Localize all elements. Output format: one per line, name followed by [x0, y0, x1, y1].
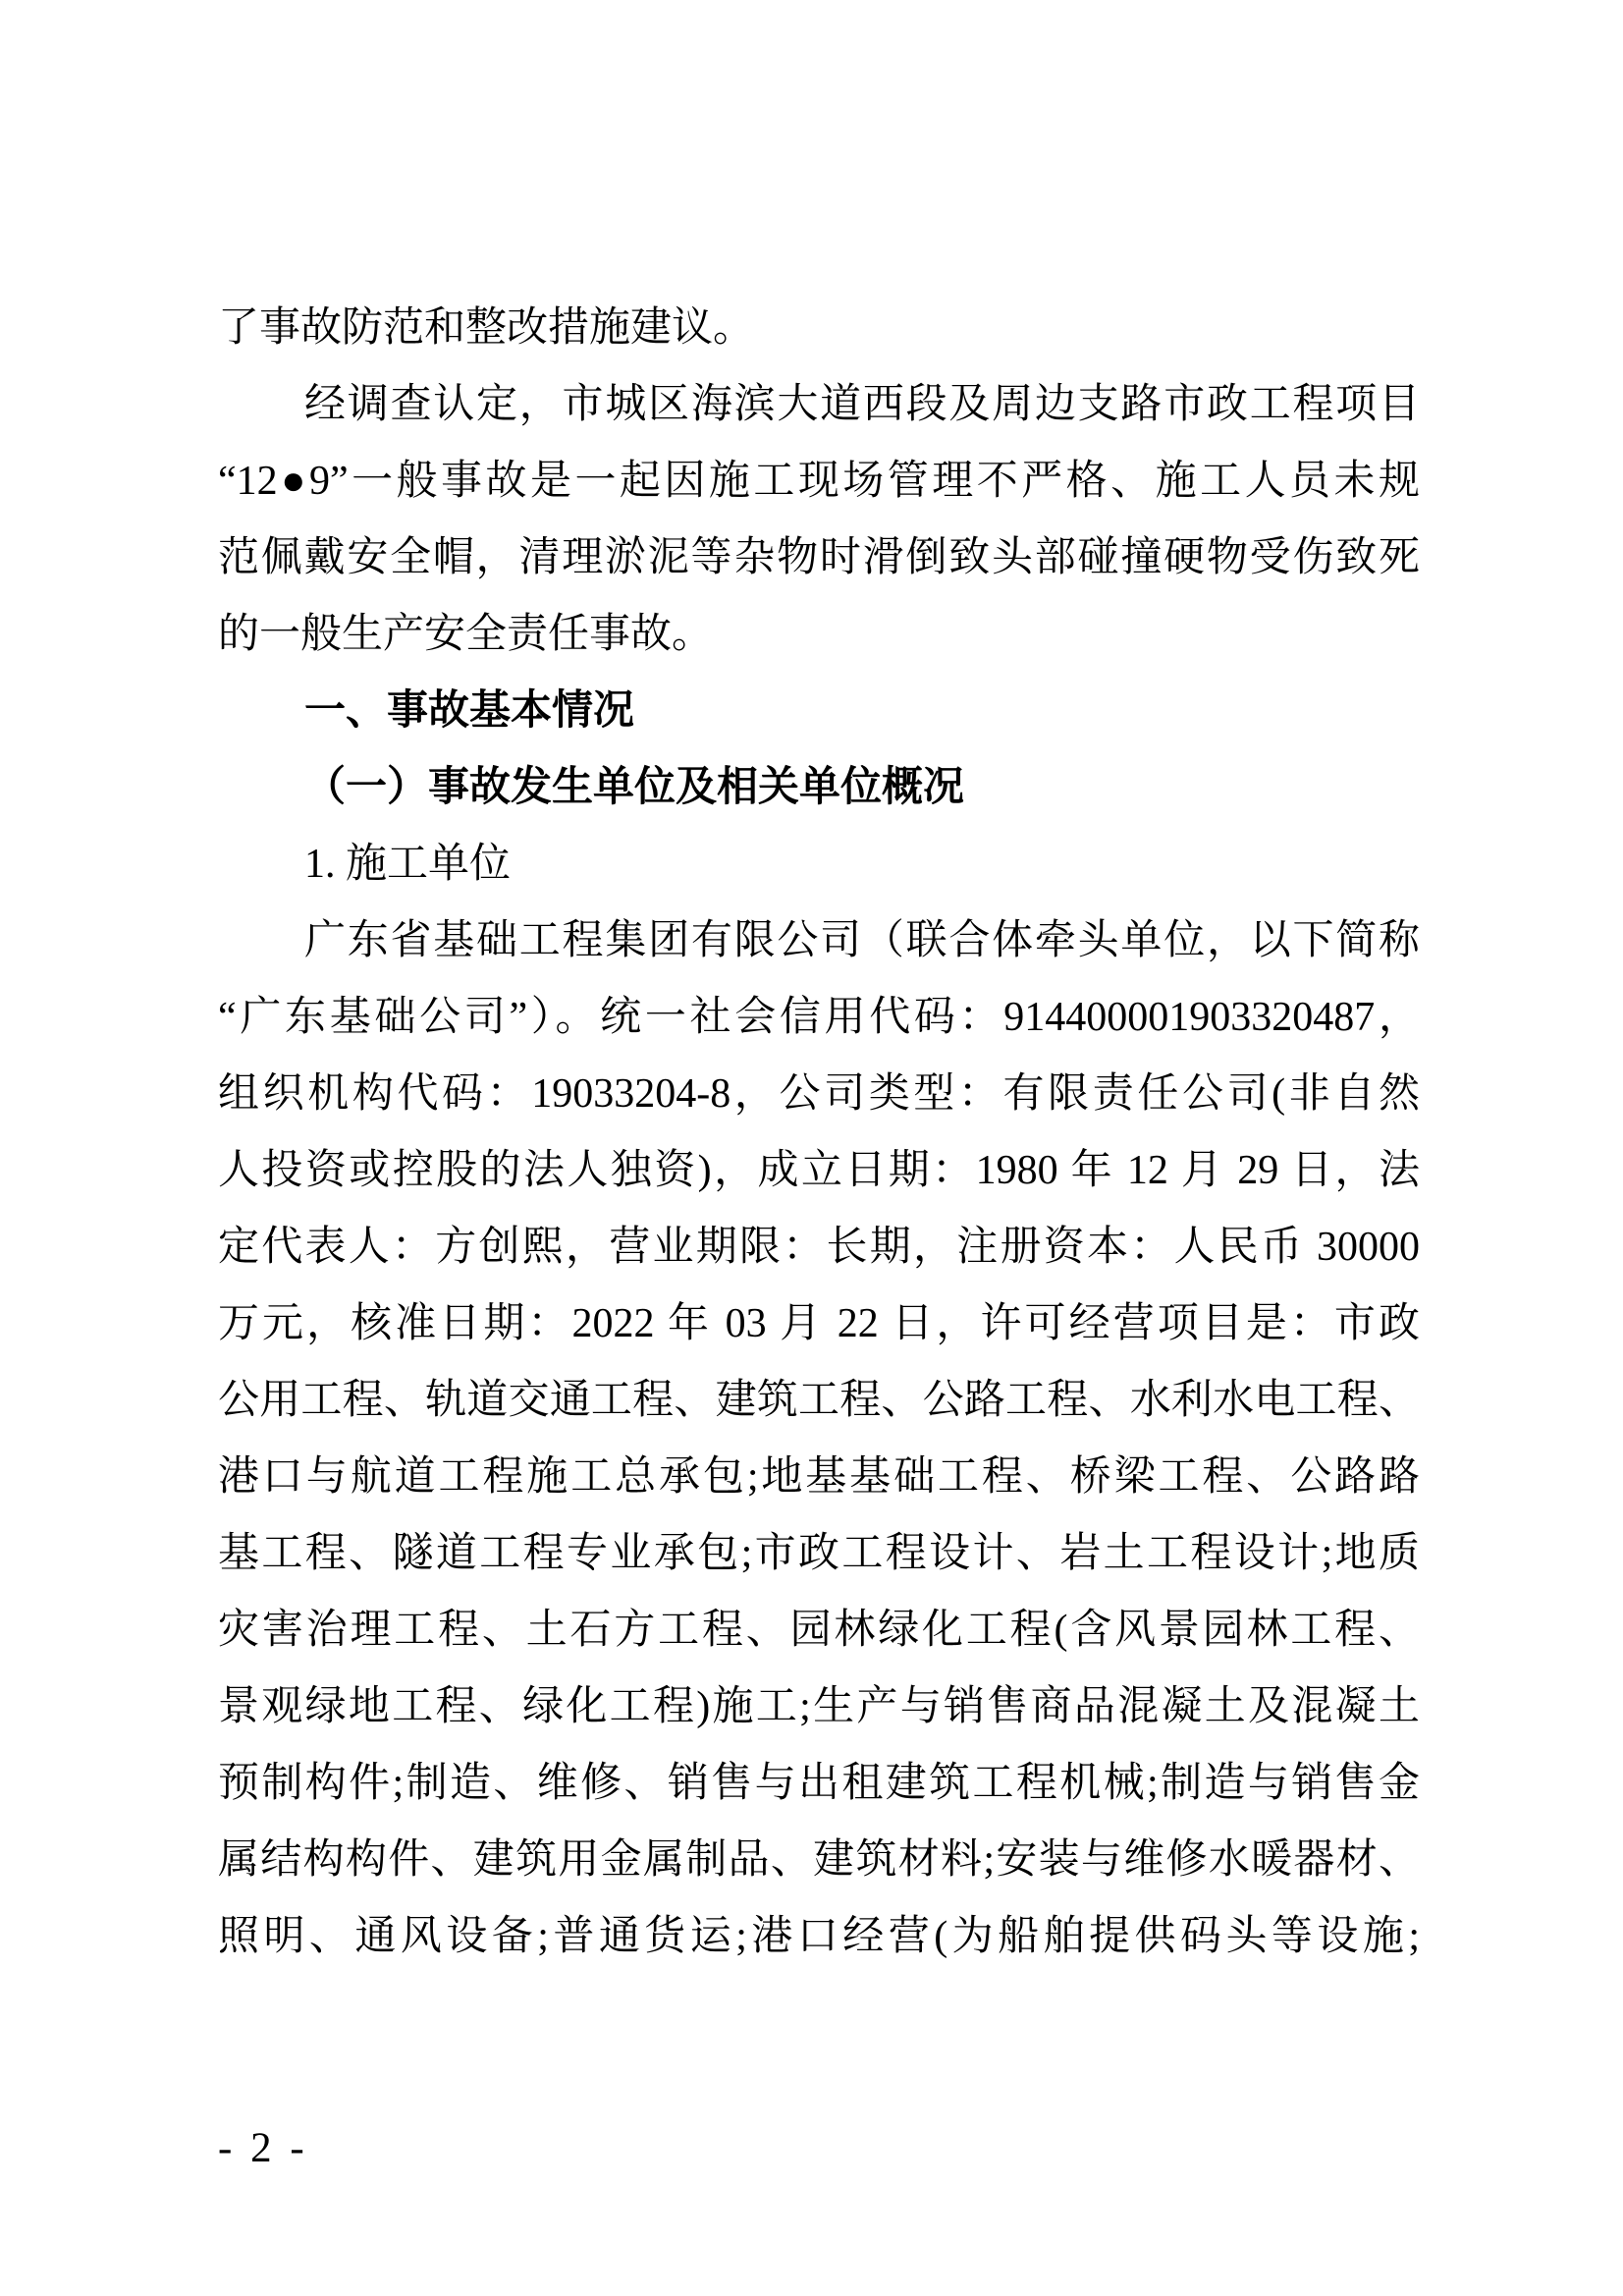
body-line: 预制构件;制造、维修、销售与出租建筑工程机械;制造与销售金 — [218, 1745, 1420, 1822]
body-line: 经调查认定，市城区海滨大道西段及周边支路市政工程项目 — [218, 366, 1420, 443]
section-heading: 一、事故基本情况 — [218, 673, 1420, 749]
document-page: 了事故防范和整改措施建议。 经调查认定，市城区海滨大道西段及周边支路市政工程项目… — [0, 0, 1623, 2296]
body-line: 了事故防范和整改措施建议。 — [218, 290, 1420, 366]
document-body: 了事故防范和整改措施建议。 经调查认定，市城区海滨大道西段及周边支路市政工程项目… — [218, 290, 1420, 1975]
body-line: 属结构构件、建筑用金属制品、建筑材料;安装与维修水暖器材、 — [218, 1822, 1420, 1898]
body-line: 景观绿地工程、绿化工程)施工;生产与销售商品混凝土及混凝土 — [218, 1668, 1420, 1745]
page-number: - 2 - — [218, 2119, 308, 2178]
body-line: 范佩戴安全帽，清理淤泥等杂物时滑倒致头部碰撞硬物受伤致死 — [218, 519, 1420, 596]
sub-item-heading: 1. 施工单位 — [218, 826, 1420, 902]
body-line: 的一般生产安全责任事故。 — [218, 596, 1420, 673]
body-line: 基工程、隧道工程专业承包;市政工程设计、岩土工程设计;地质 — [218, 1515, 1420, 1592]
body-line: 定代表人：方创熙，营业期限：长期，注册资本：人民币 30000 — [218, 1209, 1420, 1285]
body-line: 照明、通风设备;普通货运;港口经营(为船舶提供码头等设施; — [218, 1898, 1420, 1975]
body-line: “广东基础公司”）。统一社会信用代码：914400001903320487， — [218, 979, 1420, 1056]
body-line: “12●9”一般事故是一起因施工现场管理不严格、施工人员未规 — [218, 443, 1420, 519]
body-line: 组织机构代码：19033204-8，公司类型：有限责任公司(非自然 — [218, 1056, 1420, 1132]
body-line: 人投资或控股的法人独资)，成立日期：1980 年 12 月 29 日，法 — [218, 1132, 1420, 1209]
subsection-heading: （一）事故发生单位及相关单位概况 — [218, 749, 1420, 826]
body-line: 公用工程、轨道交通工程、建筑工程、公路工程、水利水电工程、 — [218, 1362, 1420, 1439]
body-line: 灾害治理工程、土石方工程、园林绿化工程(含风景园林工程、 — [218, 1592, 1420, 1668]
body-line: 港口与航道工程施工总承包;地基基础工程、桥梁工程、公路路 — [218, 1439, 1420, 1515]
body-line: 万元，核准日期：2022 年 03 月 22 日，许可经营项目是：市政 — [218, 1285, 1420, 1362]
body-line: 广东省基础工程集团有限公司（联合体牵头单位，以下简称 — [218, 902, 1420, 979]
